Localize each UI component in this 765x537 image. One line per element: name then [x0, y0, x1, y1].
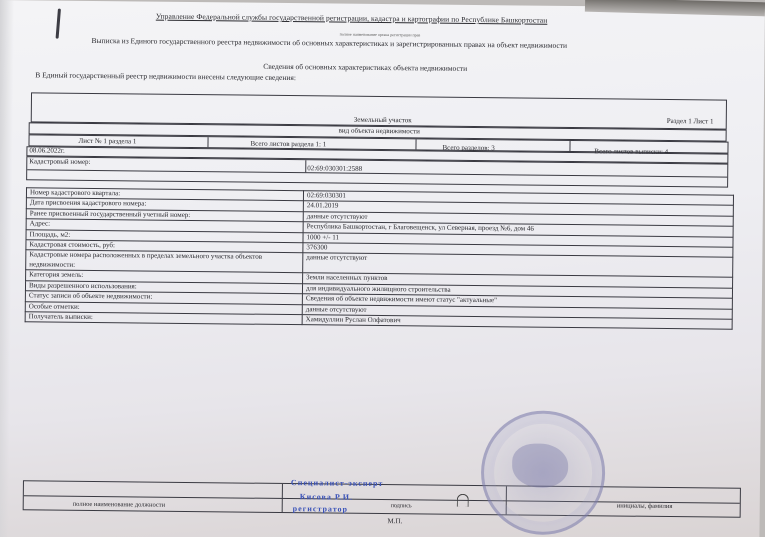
object-type-caption: вид объекта недвижимости [339, 127, 420, 136]
sheet-number: Лист № 1 раздела 1 [78, 137, 136, 146]
row-label: Кадастровые номера расположенных в преде… [26, 250, 303, 273]
extract-title: Выписка из Единого государственного реес… [92, 36, 568, 50]
section-sheet-label: Раздел 1 Лист 1 [667, 117, 714, 125]
object-type: Земельный участок [354, 116, 412, 125]
sheets-in-section: Всего листов раздела 1: 1 [250, 140, 326, 149]
name-caption: инициалы, фамилия [617, 502, 673, 510]
seal-caption: М.П. [388, 517, 403, 525]
document-page: Управление Федеральной службы государств… [0, 0, 765, 537]
position-caption: полное наименование должности [73, 501, 165, 509]
signature-caption: подпись [391, 503, 412, 509]
agency-caption: полное наименование органа регистрации п… [340, 32, 421, 38]
cadastral-label: Кадастровый номер: [29, 157, 90, 166]
handwritten-signature [457, 494, 469, 507]
stamp-position: Специалист-эксперт [291, 478, 383, 488]
agency-name: Управление Федеральной службы государств… [156, 12, 548, 25]
cadastral-value: 02:69:030301:2588 [307, 164, 362, 173]
info-title: Сведения об основных характеристиках объ… [263, 62, 467, 73]
extract-date: 08.06.2022г. [29, 146, 64, 154]
stamp-name: Кисова Р.И. [300, 492, 353, 502]
row-label: Получатель выписки: [25, 312, 302, 325]
intro-text: В Единый государственный реестр недвижим… [35, 70, 296, 82]
seal-emblem-icon [512, 443, 568, 488]
stamp-role: регистратор [293, 504, 348, 514]
details-table: Номер кадастрового квартала:02:69:030301… [25, 187, 734, 330]
pen-mark [56, 9, 61, 39]
official-seal [480, 410, 605, 535]
page-edge-shadow [0, 0, 14, 537]
